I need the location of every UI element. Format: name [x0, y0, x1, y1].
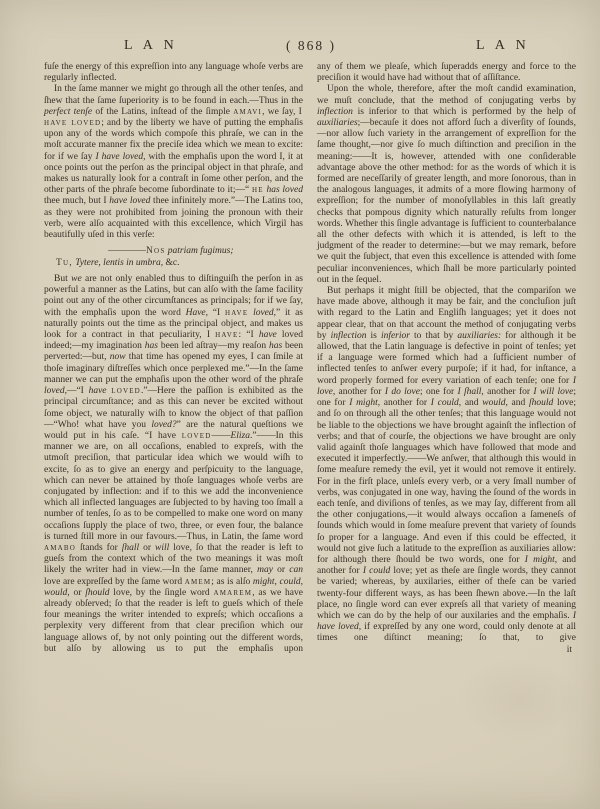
paragraph-same-manner: In the ſame manner we might go through a…: [44, 84, 303, 241]
paragraph-upon-the-whole: Upon the whole, therefore, after the moſ…: [317, 84, 576, 286]
book-page-scan: L A N ( 868 ) L A N fuſe the energy of t…: [0, 0, 600, 809]
left-column: fuſe the energy of this expreſſion into …: [44, 62, 303, 807]
verse-quote: ————Nos patriam fugimus; Tu, Tytere, len…: [44, 246, 303, 269]
paragraph-but-perhaps: But perhaps it might ſtill be objected, …: [317, 286, 576, 645]
page-header: L A N ( 868 ) L A N: [0, 0, 600, 58]
running-title-left: L A N: [124, 38, 178, 54]
right-column: any of them we pleaſe, which ſuperadds e…: [317, 62, 576, 807]
page-number: ( 868 ): [286, 38, 336, 54]
paragraph-continuation: fuſe the energy of this expreſſion into …: [44, 62, 303, 84]
text-columns: fuſe the energy of this expreſſion into …: [0, 58, 600, 807]
catchword: it: [317, 645, 576, 656]
verse-line: Tu, Tytere, lentis in umbra, &c.: [44, 258, 303, 269]
paragraph-but-we: But we are not only enabled thus to diſt…: [44, 274, 303, 655]
paragraph-continuation: any of them we pleaſe, which ſuperadds e…: [317, 62, 576, 84]
running-title-right: L A N: [476, 38, 530, 54]
verse-line: ————Nos patriam fugimus;: [44, 246, 303, 257]
